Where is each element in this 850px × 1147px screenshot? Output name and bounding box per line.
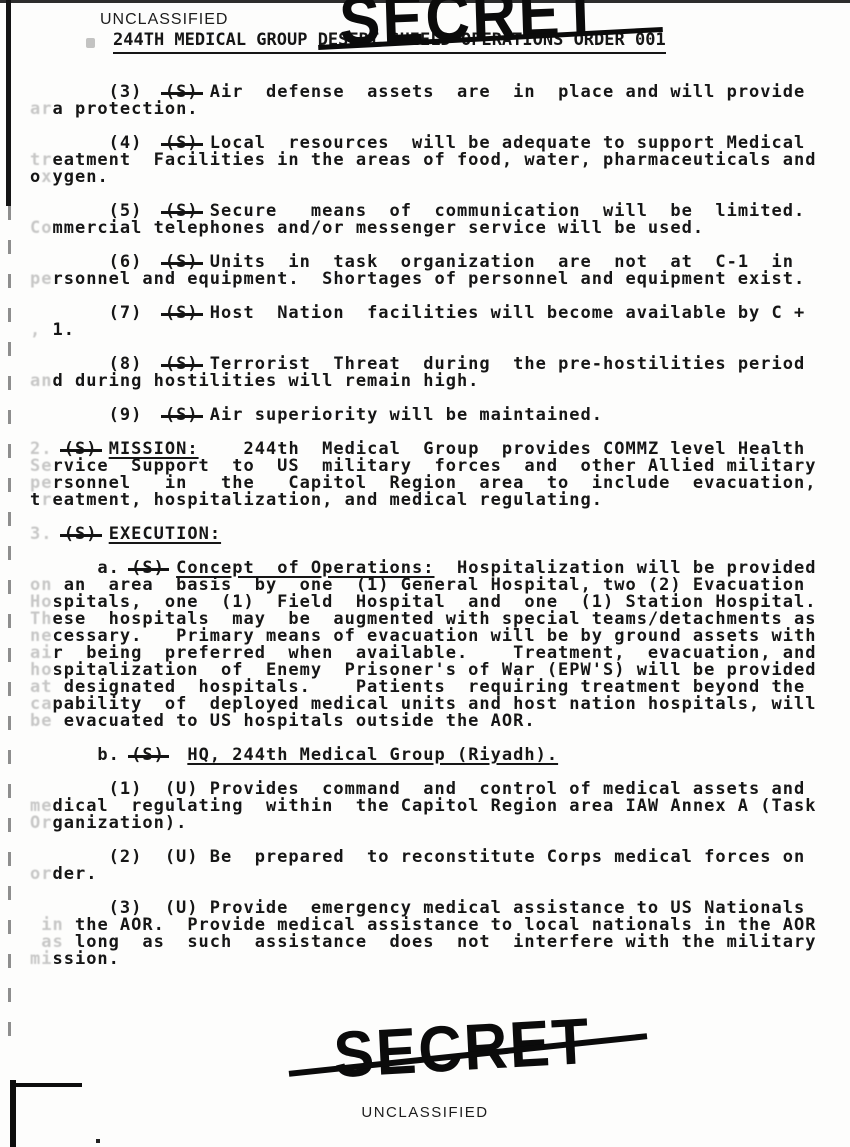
- document-line: , 1.: [30, 322, 830, 339]
- faded-text: r: [41, 490, 52, 510]
- header-unclassified-label: UNCLASSIFIED: [100, 11, 228, 29]
- classification-marking-struck: (S): [165, 407, 199, 424]
- document-line: personnel and equipment. Shortages of pe…: [30, 271, 830, 288]
- document-line: (7) (S) Host Nation facilities will beco…: [30, 305, 830, 322]
- document-body: (3) (S) Air defense assets are in place …: [30, 84, 830, 968]
- faded-text: x: [41, 167, 52, 187]
- document-line: 3. (S) EXECUTION:: [30, 526, 830, 543]
- text-segment: mmercial telephones and/or messenger ser…: [52, 218, 704, 238]
- text-segment: 1.: [52, 320, 74, 340]
- heading-text: EXECUTION:: [109, 524, 221, 544]
- document-line: and during hostilities will remain high.: [30, 373, 830, 390]
- document-line: as long as such assistance does not inte…: [30, 934, 830, 951]
- faded-text: ar: [30, 99, 52, 119]
- text-segment: (9): [30, 405, 165, 425]
- classification-marking-struck: (S): [131, 747, 165, 764]
- classification-marking-struck: (S): [165, 203, 199, 220]
- scanned-document-page: UNCLASSIFIED 244TH MEDICAL GROUP DESERT …: [0, 0, 850, 1147]
- document-line: be evacuated to US hospitals outside the…: [30, 713, 830, 730]
- text-segment: evacuated to US hospitals outside the AO…: [52, 711, 535, 731]
- classification-marking-struck: (S): [131, 560, 165, 577]
- document-line: mission.: [30, 951, 830, 968]
- text-segment: der.: [52, 864, 97, 884]
- faded-text: Or: [30, 813, 52, 833]
- text-segment: (2) (U) Be prepared to reconstitute Corp…: [30, 847, 805, 867]
- text-segment: Air defense assets are in place and will…: [199, 82, 806, 102]
- faded-text: 3.: [30, 524, 52, 544]
- document-line: Commercial telephones and/or messenger s…: [30, 220, 830, 237]
- document-line: (2) (U) Be prepared to reconstitute Corp…: [30, 849, 830, 866]
- faded-text: pe: [30, 269, 52, 289]
- footer-unclassified-label: UNCLASSIFIED: [0, 1104, 850, 1121]
- text-segment: ssion.: [52, 949, 119, 969]
- text-segment: eatment Facilities in the areas of food,…: [52, 150, 816, 170]
- text-segment: ygen.: [53, 167, 109, 187]
- text-segment: a protection.: [52, 99, 198, 119]
- heading-text: HQ, 244th Medical Group (Riyadh).: [187, 745, 558, 765]
- text-segment: ganization).: [52, 813, 187, 833]
- secret-stamp-top: SECRET: [338, 0, 602, 61]
- left-edge-broken-artifact: [8, 206, 11, 1036]
- classification-marking-struck: (S): [64, 441, 98, 458]
- text-segment: long as such assistance does not interfe…: [64, 932, 817, 952]
- document-line: Organization).: [30, 815, 830, 832]
- classification-marking-struck: (S): [165, 356, 199, 373]
- faded-text: be: [30, 711, 52, 731]
- document-line: order.: [30, 866, 830, 883]
- document-line: oxygen.: [30, 169, 830, 186]
- faded-text: mi: [30, 949, 52, 969]
- document-line: (9) (S) Air superiority will be maintain…: [30, 407, 830, 424]
- faded-text: ,: [30, 320, 52, 340]
- document-line: treatment, hospitalization, and medical …: [30, 492, 830, 509]
- text-segment: rsonnel and equipment. Shortages of pers…: [52, 269, 805, 289]
- classification-marking-struck: (S): [165, 305, 199, 322]
- text-segment: Air superiority will be maintained.: [199, 405, 603, 425]
- scan-speck: [96, 1139, 100, 1143]
- document-line: b. (S) HQ, 244th Medical Group (Riyadh).: [30, 747, 830, 764]
- classification-marking-struck: (S): [64, 526, 98, 543]
- scan-speck: [86, 38, 95, 48]
- document-line: ara protection.: [30, 101, 830, 118]
- text-segment: Host Nation facilities will become avail…: [199, 303, 806, 323]
- text-segment: b.: [30, 745, 131, 765]
- faded-text: or: [30, 864, 52, 884]
- text-segment: d during hostilities will remain high.: [52, 371, 479, 391]
- classification-marking-struck: (S): [165, 84, 199, 101]
- classification-marking-struck: (S): [165, 254, 199, 271]
- faded-text: Co: [30, 218, 52, 238]
- text-segment: eatment, hospitalization, and medical re…: [53, 490, 604, 510]
- faded-text: an: [30, 371, 52, 391]
- document-line: treatment Facilities in the areas of foo…: [30, 152, 830, 169]
- left-edge-scan-artifact: [6, 0, 11, 206]
- classification-marking-struck: (S): [165, 135, 199, 152]
- corner-bracket-horizontal: [10, 1083, 82, 1087]
